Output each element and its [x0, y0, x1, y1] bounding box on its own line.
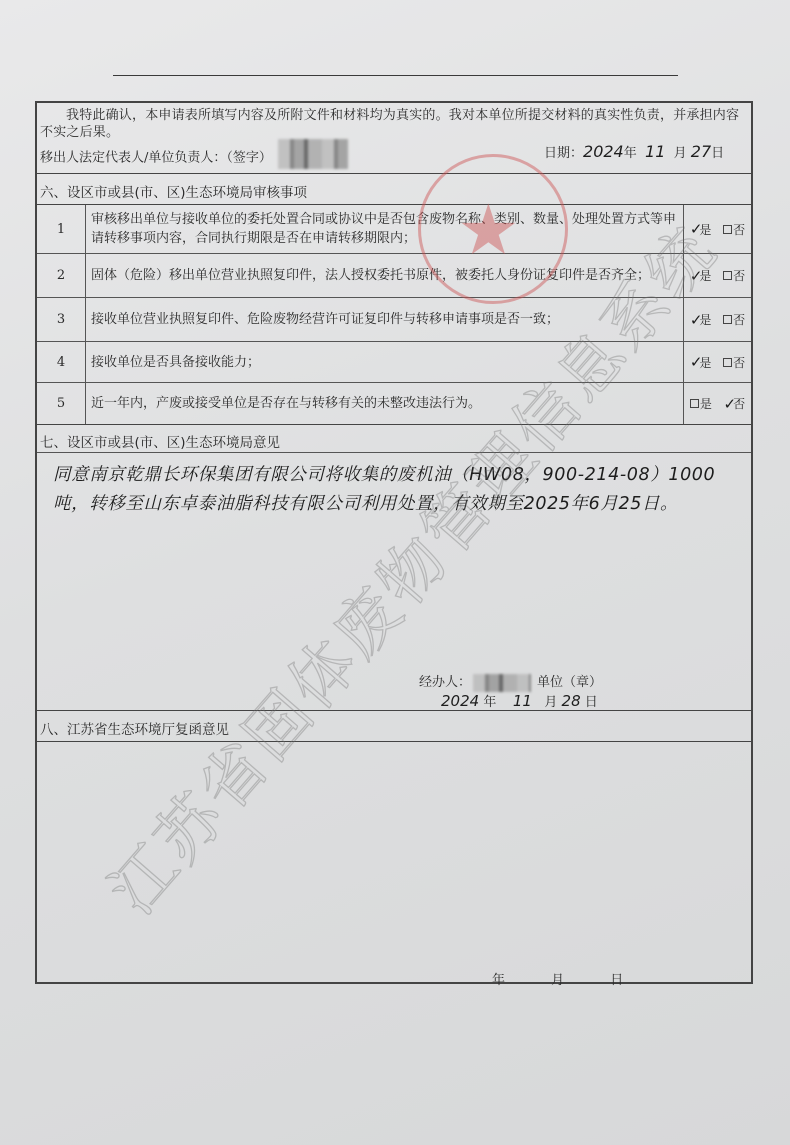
- yes-option[interactable]: ✓是: [690, 353, 712, 371]
- no-option[interactable]: 否: [723, 354, 745, 371]
- section7-body: 同意南京乾鼎长环保集团有限公司将收集的废机油（HW08，900-214-08）1…: [37, 453, 751, 711]
- blurred-handler-name: [473, 674, 531, 692]
- item-text: 审核移出单位与接收单位的委托处置合同或协议中是否包含废物名称、类别、数量、处理处…: [91, 205, 679, 253]
- yes-no-checkboxes: ✓是否: [683, 298, 751, 341]
- yes-label: 是: [699, 311, 711, 328]
- no-label: 否: [733, 395, 745, 412]
- section7-date: 2024 年 11 月 28 日: [441, 691, 598, 710]
- declaration-text: 我特此确认，本申请表所填写内容及所附文件和材料均为真实的。我对本单位所提交材料的…: [40, 107, 747, 141]
- item-text: 近一年内，产废或接受单位是否存在与转移有关的未整改违法行为。: [91, 383, 679, 424]
- date-year: 2024: [583, 142, 624, 161]
- checkbox-icon: [690, 399, 699, 408]
- declaration-date: 日期：2024年 11 月 27日: [544, 143, 724, 162]
- signer-label: 移出人法定代表人/单位负责人：（签字）: [40, 151, 272, 166]
- s7-year-label: 年: [483, 695, 496, 710]
- s7-month-label: 月: [544, 695, 557, 710]
- declaration-section: 我特此确认，本申请表所填写内容及所附文件和材料均为真实的。我对本单位所提交材料的…: [37, 103, 751, 174]
- checkbox-icon: [723, 315, 732, 324]
- yes-option[interactable]: 是: [690, 395, 712, 412]
- item-number: 3: [37, 298, 86, 341]
- date-label: 日期：: [544, 146, 583, 161]
- no-label: 否: [733, 354, 745, 371]
- s7-date-day: 28: [562, 692, 581, 710]
- yes-option[interactable]: ✓是: [690, 220, 712, 238]
- no-option[interactable]: 否: [723, 311, 745, 328]
- handler-label: 经办人：: [419, 675, 471, 690]
- yes-no-checkboxes: ✓是否: [683, 342, 751, 382]
- item-text: 接收单位营业执照复印件、危险废物经营许可证复印件与转移申请事项是否一致；: [91, 298, 679, 341]
- top-rule: [113, 75, 678, 76]
- date-month: 11: [645, 142, 665, 161]
- checkbox-icon: [723, 358, 732, 367]
- s7-date-year: 2024: [441, 692, 479, 710]
- section8-date: 年 月 日: [492, 969, 623, 988]
- date-day: 27: [691, 142, 711, 161]
- yes-label: 是: [699, 221, 711, 238]
- no-option[interactable]: 否: [723, 267, 745, 284]
- section6-title: 六、设区市或县(市、区)生态环境局审核事项: [37, 174, 751, 205]
- no-option[interactable]: ✓否: [724, 395, 746, 413]
- item-text: 固体（危险）移出单位营业执照复印件，法人授权委托书原件，被委托人身份证复印件是否…: [91, 254, 679, 297]
- yes-no-checkboxes: ✓是否: [683, 254, 751, 297]
- item-text: 接收单位是否具备接收能力；: [91, 342, 679, 382]
- s7-date-month: 11: [513, 692, 532, 710]
- yes-no-checkboxes: 是✓否: [683, 383, 751, 424]
- no-option[interactable]: 否: [723, 221, 745, 238]
- no-label: 否: [733, 267, 745, 284]
- section8-title: 八、江苏省生态环境厅复函意见: [37, 711, 751, 742]
- s7-day-label: 日: [585, 695, 598, 710]
- no-label: 否: [733, 221, 745, 238]
- handwritten-opinion: 同意南京乾鼎长环保集团有限公司将收集的废机油（HW08，900-214-08）1…: [53, 461, 743, 519]
- handler-line: 经办人：单位（章）: [419, 671, 602, 692]
- transfer-application-form: 我特此确认，本申请表所填写内容及所附文件和材料均为真实的。我对本单位所提交材料的…: [35, 101, 753, 984]
- review-item-row: 5近一年内，产废或接受单位是否存在与转移有关的未整改违法行为。是✓否: [37, 383, 751, 425]
- item-number: 1: [37, 205, 86, 253]
- yes-label: 是: [700, 395, 712, 412]
- blurred-signature: [278, 139, 348, 169]
- review-item-row: 1审核移出单位与接收单位的委托处置合同或协议中是否包含废物名称、类别、数量、处理…: [37, 205, 751, 254]
- day-label: 日: [711, 146, 724, 161]
- yes-option[interactable]: ✓是: [690, 311, 712, 329]
- yes-label: 是: [699, 354, 711, 371]
- no-label: 否: [733, 311, 745, 328]
- yes-label: 是: [699, 267, 711, 284]
- signer-line: 移出人法定代表人/单位负责人：（签字） 日期：2024年 11 月 27日: [40, 143, 747, 161]
- section7-title: 七、设区市或县(市、区)生态环境局意见: [37, 425, 751, 453]
- unit-seal-label: 单位（章）: [537, 675, 602, 690]
- review-item-row: 2固体（危险）移出单位营业执照复印件，法人授权委托书原件，被委托人身份证复印件是…: [37, 254, 751, 298]
- year-label: 年: [624, 146, 637, 161]
- checkbox-icon: [723, 271, 732, 280]
- review-item-row: 4接收单位是否具备接收能力；✓是否: [37, 342, 751, 383]
- item-number: 4: [37, 342, 86, 382]
- yes-option[interactable]: ✓是: [690, 267, 712, 285]
- item-number: 2: [37, 254, 86, 297]
- review-item-row: 3接收单位营业执照复印件、危险废物经营许可证复印件与转移申请事项是否一致；✓是否: [37, 298, 751, 342]
- month-label: 月: [674, 146, 687, 161]
- yes-no-checkboxes: ✓是否: [683, 205, 751, 253]
- checkbox-icon: [723, 225, 732, 234]
- item-number: 5: [37, 383, 86, 424]
